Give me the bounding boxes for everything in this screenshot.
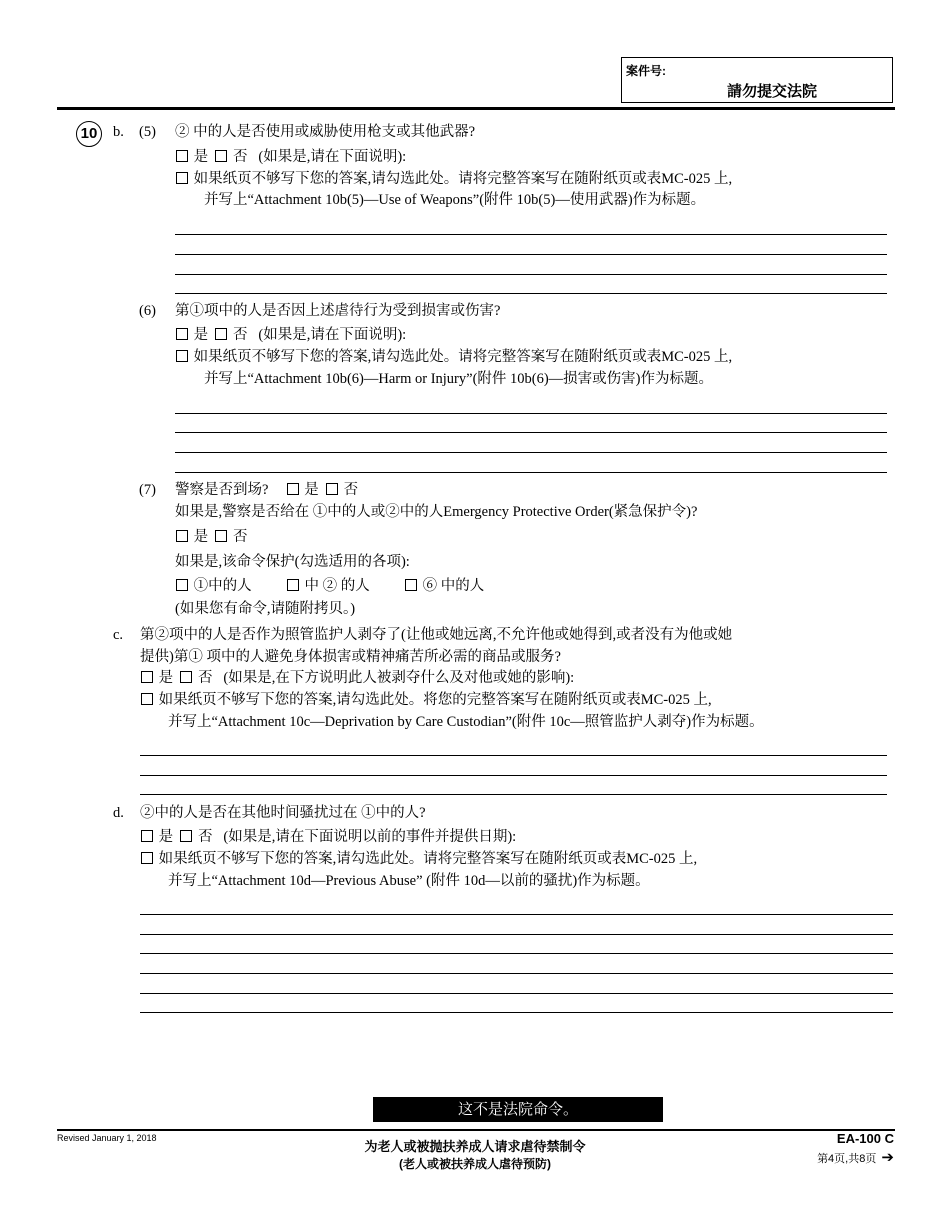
c-question-line2: 提供)第① 项中的人避免身体损害或精神痛苦所必需的商品或服务?: [140, 647, 561, 667]
q7-yes-label: 是: [304, 482, 319, 498]
case-number-box: 案件号: 請勿提交法院: [621, 57, 893, 103]
c-attachment-checkbox[interactable]: [141, 690, 155, 710]
q5-attachment-row: 如果纸页不够写下您的答案,请勾选此处。请将完整答案写在随附纸页或表MC-025 …: [176, 169, 732, 189]
q5-number: (5): [139, 122, 156, 142]
q6-no-checkbox[interactable]: [215, 325, 229, 345]
q6-yes-checkbox[interactable]: [176, 325, 190, 345]
checkbox-icon: [176, 579, 188, 591]
q7-epo-answer-row: 是 否: [176, 527, 248, 547]
checkbox-icon: [180, 830, 192, 842]
d-attachment-checkbox[interactable]: [141, 849, 155, 869]
checkbox-icon: [176, 350, 188, 362]
q5-no-label: 否: [233, 149, 248, 165]
q6-number: (6): [139, 301, 156, 321]
checkbox-icon: [287, 579, 299, 591]
section-number-badge: 10: [76, 121, 102, 147]
d-no-label: 否: [198, 829, 213, 845]
q6-attach-line1: 如果纸页不够写下您的答案,请勾选此处。请将完整答案写在随附纸页或表MC-025 …: [194, 349, 733, 365]
c-answer-line[interactable]: [140, 755, 887, 756]
q7-protect-opt3-label: ⑥ 中的人: [423, 578, 485, 594]
d-answer-row: 是 否 (如果是,请在下面说明以前的事件并提供日期):: [141, 827, 516, 847]
d-answer-line[interactable]: [140, 973, 893, 974]
q7-epo-no-checkbox[interactable]: [215, 527, 229, 547]
d-instruction: (如果是,请在下面说明以前的事件并提供日期):: [223, 829, 516, 845]
d-attach-line2: 并写上“Attachment 10d—Previous Abuse” (附件 1…: [168, 871, 650, 891]
q7-protect-opt1-checkbox[interactable]: [176, 576, 190, 596]
checkbox-icon: [215, 530, 227, 542]
q7-epo-question: 如果是,警察是否给在 ①中的人或②中的人Emergency Protective…: [175, 502, 697, 522]
q6-attachment-checkbox[interactable]: [176, 347, 190, 367]
item-d-letter: d.: [113, 803, 124, 823]
q5-no-checkbox[interactable]: [215, 147, 229, 167]
top-divider: [57, 107, 895, 110]
checkbox-icon: [141, 693, 153, 705]
checkbox-icon: [141, 671, 153, 683]
q7-protect-opt2-label: 中 ② 的人: [305, 578, 370, 594]
q7-yes-checkbox[interactable]: [287, 480, 301, 500]
q7-copy-note: (如果您有命令,请随附拷贝。): [175, 599, 355, 619]
d-yes-label: 是: [159, 829, 174, 845]
q5-attachment-checkbox[interactable]: [176, 169, 190, 189]
d-answer-line[interactable]: [140, 934, 893, 935]
q5-answer-line[interactable]: [175, 274, 887, 275]
q7-number: (7): [139, 480, 156, 500]
q6-answer-line[interactable]: [175, 432, 887, 433]
d-question: ②中的人是否在其他时间骚扰过在 ①中的人?: [140, 803, 426, 823]
q7-no-label: 否: [344, 482, 359, 498]
case-number-value: 請勿提交法院: [622, 80, 892, 101]
c-question-line1: 第②项中的人是否作为照管监护人剥夺了(让他或她远离,不允许他或她得到,或者没有为…: [140, 625, 732, 645]
q7-protect-options: ①中的人 中 ② 的人 ⑥ 中的人: [176, 576, 484, 596]
q5-attach-line1: 如果纸页不够写下您的答案,请勾选此处。请将完整答案写在随附纸页或表MC-025 …: [194, 171, 733, 187]
q6-answer-line[interactable]: [175, 413, 887, 414]
checkbox-icon: [176, 328, 188, 340]
page-number: 第4页,共8页: [817, 1153, 876, 1165]
q7-no-checkbox[interactable]: [326, 480, 340, 500]
c-no-checkbox[interactable]: [180, 668, 194, 688]
checkbox-icon: [176, 150, 188, 162]
item-b-letter: b.: [113, 122, 124, 142]
checkbox-icon: [176, 172, 188, 184]
d-attach-line1: 如果纸页不够写下您的答案,请勾选此处。请将完整答案写在随附纸页或表MC-025 …: [159, 851, 698, 867]
c-attach-line1: 如果纸页不够写下您的答案,请勾选此处。将您的完整答案写在随附纸页或表MC-025…: [159, 692, 712, 708]
q5-answer-line[interactable]: [175, 234, 887, 235]
form-title: 为老人或被抛扶养成人请求虐待禁制令: [300, 1136, 650, 1155]
q6-attachment-row: 如果纸页不够写下您的答案,请勾选此处。请将完整答案写在随附纸页或表MC-025 …: [176, 347, 732, 367]
q7-question: 警察是否到场?: [175, 482, 268, 498]
d-answer-line[interactable]: [140, 1012, 893, 1013]
revised-date: Revised January 1, 2018: [57, 1133, 157, 1143]
q5-yes-label: 是: [194, 149, 209, 165]
checkbox-icon: [215, 328, 227, 340]
q6-instruction: (如果是,请在下面说明):: [258, 327, 406, 343]
q7-protect-opt1-label: ①中的人: [194, 578, 252, 594]
c-no-label: 否: [198, 670, 213, 686]
c-answer-line[interactable]: [140, 775, 887, 776]
q7-protect-label: 如果是,该命令保护(勾选适用的各项):: [175, 552, 410, 572]
checkbox-icon: [287, 483, 299, 495]
checkbox-icon: [326, 483, 338, 495]
checkbox-icon: [405, 579, 417, 591]
c-yes-label: 是: [159, 670, 174, 686]
q5-attach-line2: 并写上“Attachment 10b(5)—Use of Weapons”(附件…: [204, 190, 705, 210]
q7-question-row: 警察是否到场? 是 否: [175, 480, 358, 500]
q5-answer-line[interactable]: [175, 293, 887, 294]
c-attachment-row: 如果纸页不够写下您的答案,请勾选此处。将您的完整答案写在随附纸页或表MC-025…: [141, 690, 712, 710]
c-instruction: (如果是,在下方说明此人被剥夺什么及对他或她的影响):: [223, 670, 574, 686]
q6-answer-row: 是 否 (如果是,请在下面说明):: [176, 325, 406, 345]
q5-answer-row: 是 否 (如果是,请在下面说明):: [176, 147, 406, 167]
checkbox-icon: [141, 852, 153, 864]
q5-yes-checkbox[interactable]: [176, 147, 190, 167]
case-number-label: 案件号:: [626, 62, 666, 79]
q6-yes-label: 是: [194, 327, 209, 343]
q7-epo-yes-label: 是: [194, 529, 209, 545]
q5-instruction: (如果是,请在下面说明):: [258, 149, 406, 165]
d-answer-line[interactable]: [140, 953, 893, 954]
d-yes-checkbox[interactable]: [141, 827, 155, 847]
c-attach-line2: 并写上“Attachment 10c—Deprivation by Care C…: [168, 712, 764, 732]
q6-no-label: 否: [233, 327, 248, 343]
q5-answer-line[interactable]: [175, 254, 887, 255]
form-id: EA-100 C: [837, 1131, 894, 1146]
d-attachment-row: 如果纸页不够写下您的答案,请勾选此处。请将完整答案写在随附纸页或表MC-025 …: [141, 849, 697, 869]
checkbox-icon: [215, 150, 227, 162]
page-info: 第4页,共8页 ➔: [817, 1148, 894, 1166]
c-answer-line[interactable]: [140, 794, 887, 795]
q6-answer-line[interactable]: [175, 472, 887, 473]
checkbox-icon: [180, 671, 192, 683]
q7-protect-opt2-checkbox[interactable]: [287, 576, 301, 596]
d-answer-line[interactable]: [140, 914, 893, 915]
not-court-order-notice: 这不是法院命令。: [373, 1097, 663, 1122]
d-answer-line[interactable]: [140, 993, 893, 994]
checkbox-icon: [176, 530, 188, 542]
q7-epo-no-label: 否: [233, 529, 248, 545]
item-c-letter: c.: [113, 625, 123, 645]
next-page-arrow-icon: ➔: [881, 1149, 894, 1166]
footer-divider: [57, 1129, 895, 1131]
c-yes-checkbox[interactable]: [141, 668, 155, 688]
q5-question: ② 中的人是否使用或威胁使用枪支或其他武器?: [175, 122, 475, 142]
form-subtitle: (老人或被扶养成人虐待预防): [300, 1155, 650, 1172]
checkbox-icon: [141, 830, 153, 842]
q7-protect-opt3-checkbox[interactable]: [405, 576, 419, 596]
d-no-checkbox[interactable]: [180, 827, 194, 847]
q6-answer-line[interactable]: [175, 452, 887, 453]
q6-attach-line2: 并写上“Attachment 10b(6)—Harm or Injury”(附件…: [204, 369, 713, 389]
q6-question: 第①项中的人是否因上述虐待行为受到损害或伤害?: [175, 301, 500, 321]
q7-epo-yes-checkbox[interactable]: [176, 527, 190, 547]
c-answer-row: 是 否 (如果是,在下方说明此人被剥夺什么及对他或她的影响):: [141, 668, 574, 688]
